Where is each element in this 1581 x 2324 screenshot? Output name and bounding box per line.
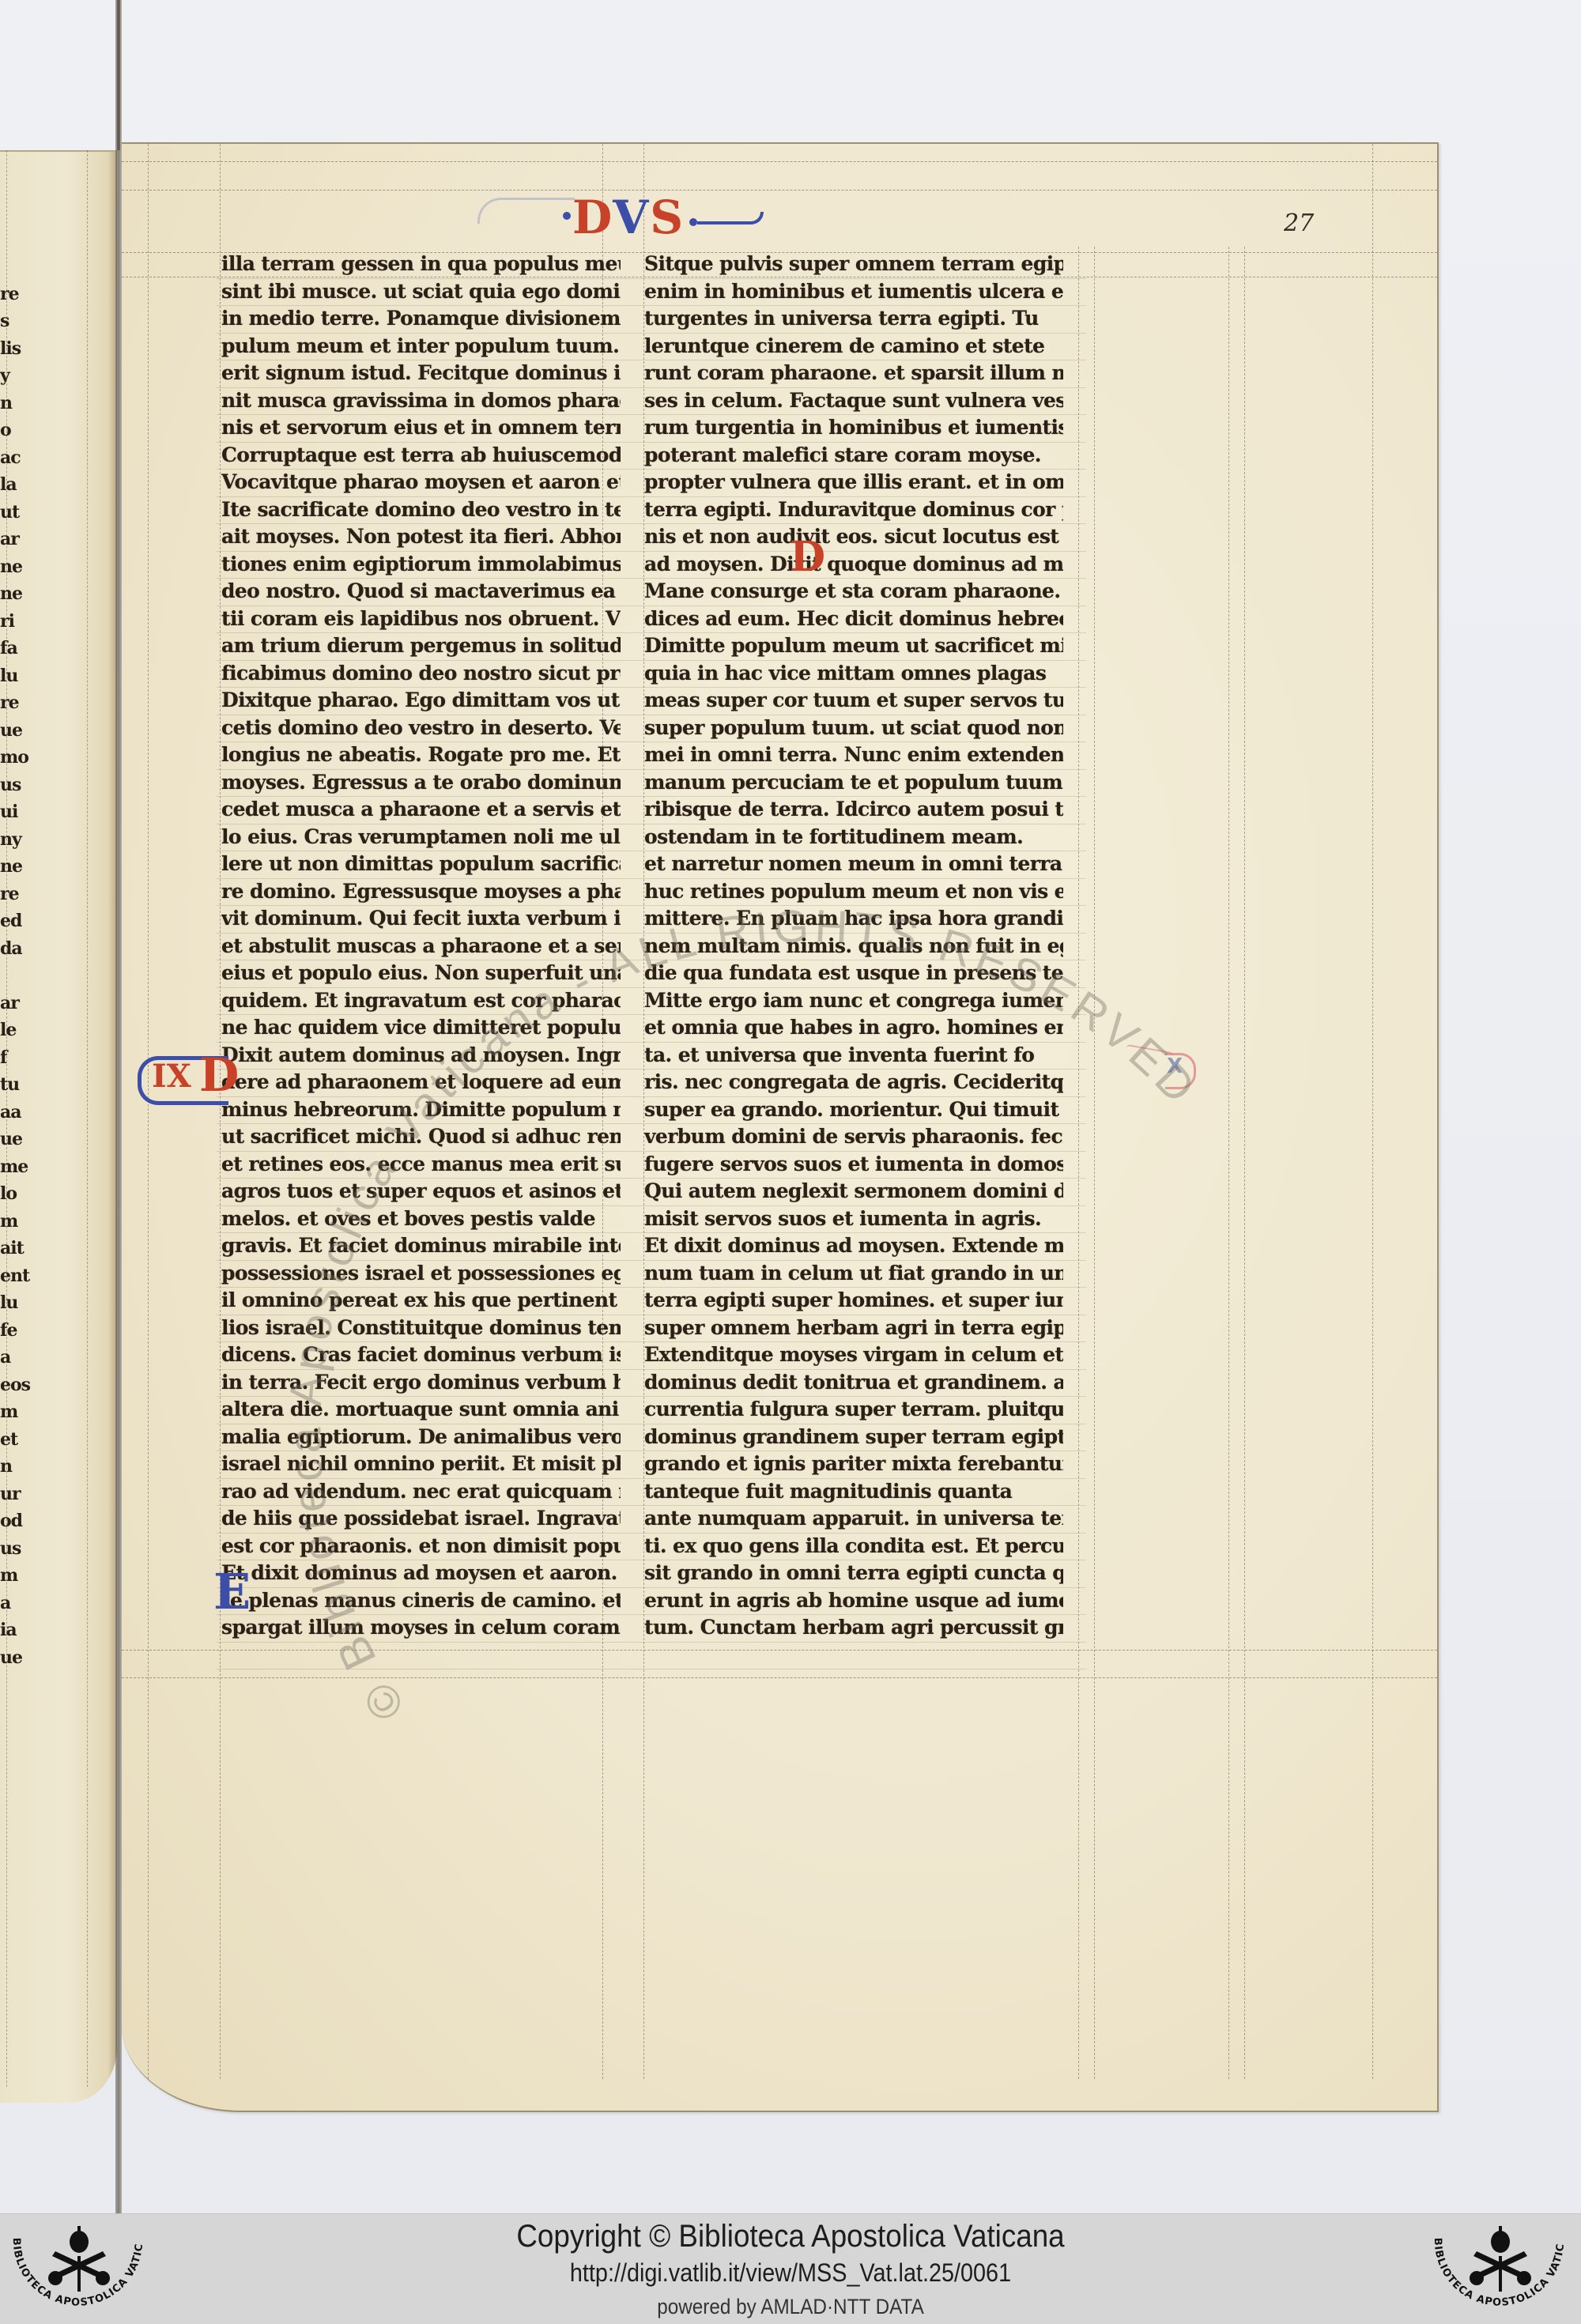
text-line: tum. Cunctam herbam agri percussit grand… [644, 1614, 1063, 1642]
text-line: altera die. mortuaque sunt omnia ani [221, 1396, 621, 1424]
text-line: dicens. Cras faciet dominus verbum istud [221, 1341, 621, 1369]
text-fragment: n [0, 1453, 36, 1481]
text-line: israel nichil omnino periit. Et misit ph… [221, 1451, 621, 1478]
text-line: terra egipti super homines. et super ium… [644, 1287, 1063, 1315]
text-fragment: ri [0, 608, 36, 636]
text-line: ses in celum. Factaque sunt vulnera vesi… [644, 387, 1063, 415]
text-line: terra egipti. Induravitque dominus cor p… [644, 496, 1063, 524]
text-fragment: ait [0, 1235, 36, 1262]
text-line: propter vulnera que illis erant. et in o… [644, 469, 1063, 496]
ruling-line [122, 161, 1437, 162]
text-line: rao ad videndum. nec erat quicquam mortu… [221, 1478, 621, 1506]
text-line: Ite sacrificate domino deo vestro in ter… [221, 496, 621, 524]
text-line: leruntque cinerem de camino et stete [644, 333, 1063, 360]
text-line: malia egiptiorum. De animalibus vero fil… [221, 1424, 621, 1451]
text-fragment: ed [0, 907, 36, 935]
text-line: et retines eos. ecce manus mea erit supe… [221, 1151, 621, 1179]
text-line: erunt in agris ab homine usque ad iumen [644, 1587, 1063, 1615]
text-line: dere ad pharaonem et loquere ad eum. Hec… [221, 1069, 621, 1096]
flourish-dot [563, 212, 571, 220]
text-line: ne hac quidem vice dimitteret populum. [221, 1014, 621, 1042]
text-fragment: mo [0, 744, 36, 772]
text-line: vit dominum. Qui fecit iuxta verbum illi… [221, 905, 621, 933]
text-fragment: ue [0, 1644, 36, 1672]
text-line: Dimitte populum meum ut sacrificet michi… [644, 632, 1063, 660]
text-line: re domino. Egressusque moyses a pharaone… [221, 878, 621, 906]
ruling-line [1094, 247, 1095, 2079]
text-line: nis et non audivit eos. sicut locutus es… [644, 523, 1063, 551]
left-page-text-fragments: reslisynoaclautarnenerifalureuemousuinyn… [0, 253, 36, 1671]
text-fragment: re [0, 281, 36, 308]
text-line: dominus grandinem super terram egipti. e… [644, 1424, 1063, 1451]
text-fragment: o [0, 417, 36, 444]
text-line: Mitte ergo iam nunc et congrega iumenta … [644, 987, 1063, 1015]
text-line: ante numquam apparuit. in universa terra… [644, 1505, 1063, 1533]
text-line: num tuam in celum ut fiat grando in univ… [644, 1260, 1063, 1288]
text-fragment: ar [0, 990, 36, 1017]
text-line: turgentes in universa terra egipti. Tu [644, 305, 1063, 333]
text-line: huc retines populum meum et non vis eum … [644, 878, 1063, 906]
left-page-strip: reslisynoaclautarnenerifalureuemousuinyn… [0, 150, 117, 2103]
text-fragment: od [0, 1507, 36, 1535]
text-fragment: n [0, 390, 36, 417]
text-line: Et dixit dominus ad moysen et aaron. Tol… [221, 1560, 621, 1587]
text-line: moyses. Egressus a te orabo dominum et r… [221, 769, 621, 797]
text-fragment: us [0, 1535, 36, 1563]
source-url[interactable]: http://digi.vatlib.it/view/MSS_Vat.lat.2… [79, 2258, 1502, 2288]
text-line: gravis. Et faciet dominus mirabile inter [221, 1232, 621, 1260]
text-fragment: re [0, 881, 36, 908]
text-fragment: ur [0, 1481, 36, 1508]
text-line: Sitque pulvis super omnem terram egipti.… [644, 251, 1063, 278]
text-line: cetis domino deo vestro in deserto. Veru… [221, 715, 621, 742]
text-line: erit signum istud. Fecitque dominus ita.… [221, 360, 621, 387]
text-line: lo eius. Cras verumptamen noli me ultra … [221, 824, 621, 851]
text-line: meas super cor tuum et super servos tuos… [644, 687, 1063, 715]
text-fragment: ac [0, 444, 36, 472]
text-fragment: m [0, 1562, 36, 1590]
text-line: melos. et oves et boves pestis valde [221, 1205, 621, 1233]
text-line: sit grando in omni terra egipti cuncta q… [644, 1560, 1063, 1587]
text-line: ti. ex quo gens illa condita est. Et per… [644, 1533, 1063, 1560]
text-fragment: a [0, 1590, 36, 1617]
text-fragment: et [0, 1426, 36, 1454]
flourish-dot [689, 218, 697, 226]
text-fragment: fe [0, 1317, 36, 1345]
text-line: Dixit autem dominus ad moysen. Ingre [221, 1042, 621, 1070]
manuscript-page: DVS 27 illa terram gessen in qua populus… [122, 142, 1439, 2112]
text-fragment: a [0, 1344, 36, 1371]
vatican-library-logo: BIBLIOTECA APOSTOLICA VATICANA [1425, 2220, 1575, 2323]
copyright-text: Copyright © Biblioteca Apostolica Vatica… [63, 2219, 1518, 2254]
text-line: tiones enim egiptiorum immolabimus domin… [221, 551, 621, 579]
text-line: super ea grando. morientur. Qui timuit [644, 1096, 1063, 1124]
text-line: illa terram gessen in qua populus meus e… [221, 251, 621, 278]
text-line: deo nostro. Quod si mactaverimus ea que … [221, 578, 621, 606]
text-line: et abstulit muscas a pharaone et a servi… [221, 933, 621, 960]
ruling-line [1078, 247, 1079, 2079]
text-line: sint ibi musce. ut sciat quia ego dominu… [221, 278, 621, 306]
text-line: dominus dedit tonitrua et grandinem. ac … [644, 1369, 1063, 1397]
running-title-letters: DVS [572, 190, 685, 245]
text-line: in medio terre. Ponamque divisionem inte… [221, 305, 621, 333]
text-line: cedet musca a pharaone et a servis et a … [221, 796, 621, 824]
text-line: dices ad eum. Hec dicit dominus hebreoru… [644, 606, 1063, 633]
text-fragment: ui [0, 798, 36, 826]
text-line: quia in hac vice mittam omnes plagas [644, 660, 1063, 688]
text-line: fugere servos suos et iumenta in domos. [644, 1151, 1063, 1179]
text-line: nis et servorum eius et in omnem terram … [221, 414, 621, 442]
text-fragment: ue [0, 717, 36, 745]
text-line: ait moyses. Non potest ita fieri. Abhomi… [221, 523, 621, 551]
text-line: verbum domini de servis pharaonis. fecit… [644, 1123, 1063, 1151]
ruling-line [122, 190, 1437, 191]
text-line: misit servos suos et iumenta in agris. [644, 1205, 1063, 1233]
text-line: manum percuciam te et populum tuum peste… [644, 769, 1063, 797]
text-line: Et dixit dominus ad moysen. Extende ma [644, 1232, 1063, 1260]
text-fragment: aa [0, 1099, 36, 1126]
ruling-line [87, 150, 88, 2087]
text-line: lios israel. Constituitque dominus tempu… [221, 1315, 621, 1342]
ruling-line [220, 144, 221, 2079]
text-line: ribisque de terra. Idcirco autem posui t… [644, 796, 1063, 824]
text-line: enim in hominibus et iumentis ulcera et … [644, 278, 1063, 306]
image-viewer: reslisynoaclautarnenerifalureuemousuinyn… [0, 0, 1581, 2213]
ruling-line [1372, 144, 1373, 2079]
text-fragment: re [0, 689, 36, 717]
text-fragment: lis [0, 335, 36, 363]
text-line: poterant malefici stare coram moyse. [644, 442, 1063, 470]
powered-by-text: powered by AMLAD·NTT DATA [79, 2295, 1502, 2319]
text-fragment: y [0, 362, 36, 390]
text-line: in terra. Fecit ergo dominus verbum hoc [221, 1369, 621, 1397]
text-line: super omnem herbam agri in terra egipti. [644, 1315, 1063, 1342]
text-line: runt coram pharaone. et sparsit illum mo… [644, 360, 1063, 387]
text-line: quidem. Et ingravatum est cor pharaonis … [221, 987, 621, 1015]
text-line: possessiones israel et possessiones egip… [221, 1260, 621, 1288]
text-line: die qua fundata est usque in presens tem… [644, 960, 1063, 987]
text-fragment: ue [0, 1126, 36, 1153]
text-line: et omnia que habes in agro. homines enim… [644, 1014, 1063, 1042]
text-line: ad moysen. Dixit quoque dominus ad moyse… [644, 551, 1063, 579]
folio-number: 27 [1284, 209, 1314, 237]
text-line: super populum tuum. ut sciat quod non si… [644, 715, 1063, 742]
text-fragment: m [0, 1208, 36, 1236]
text-line: agros tuos et super equos et asinos et c… [221, 1178, 621, 1205]
text-line: mei in omni terra. Nunc enim extendens [644, 741, 1063, 769]
text-line: minus hebreorum. Dimitte populum meum [221, 1096, 621, 1124]
text-fragment: la [0, 471, 36, 499]
text-line: Vocavitque pharao moysen et aaron et ait… [221, 469, 621, 496]
decorated-initial: D [199, 1051, 239, 1099]
text-fragment: ut [0, 499, 36, 526]
ruling-line [217, 1642, 1086, 1643]
text-column-right: Sitque pulvis super omnem terram egipti.… [644, 251, 1063, 1642]
marginal-chapter-guide: X [1149, 1053, 1197, 1085]
text-line: Qui autem neglexit sermonem domini di [644, 1178, 1063, 1205]
ruling-line [1244, 247, 1245, 2079]
text-line: Extenditque moyses virgam in celum et [644, 1341, 1063, 1369]
text-line: ta. et universa que inventa fuerint fo [644, 1042, 1063, 1070]
text-line: ris. nec congregata de agris. Cecideritq… [644, 1069, 1063, 1096]
text-fragment: ne [0, 553, 36, 581]
text-line: mittere. En pluam hac ipsa hora grandi [644, 905, 1063, 933]
decorated-initial-red: D [790, 538, 825, 577]
text-fragment: s [0, 307, 36, 335]
text-fragment: lu [0, 1289, 36, 1317]
text-fragment: da [0, 935, 36, 963]
text-line: ostendam in te fortitudinem meam. [644, 824, 1063, 851]
text-line: et narretur nomen meum in omni terra. Ad [644, 851, 1063, 878]
papal-keys-icon [1470, 2226, 1531, 2292]
text-line: grando et ignis pariter mixta ferebantur… [644, 1451, 1063, 1478]
text-line: ut sacrificet michi. Quod si adhuc renui… [221, 1123, 621, 1151]
text-fragment: lo [0, 1180, 36, 1208]
decorated-initial-blue: E [213, 1564, 251, 1620]
text-line: de hiis que possidebat israel. Ingravatu… [221, 1505, 621, 1533]
text-fragment: ar [0, 526, 36, 553]
ruling-line [122, 1650, 1437, 1651]
text-line: Corruptaque est terra ab huiuscemodi mus… [221, 442, 621, 470]
text-fragment: lu [0, 662, 36, 690]
text-fragment: ne [0, 853, 36, 881]
gutter [115, 0, 122, 2213]
text-column-left: illa terram gessen in qua populus meus e… [221, 251, 621, 1642]
text-line: il omnino pereat ex his que pertinent ad… [221, 1287, 621, 1315]
text-fragment: le [0, 1017, 36, 1044]
text-line: ficabimus domino deo nostro sicut precep… [221, 660, 621, 688]
text-line: eius et populo eius. Non superfuit una [221, 960, 621, 987]
text-fragment: fa [0, 635, 36, 662]
text-line: nit musca gravissima in domos pharao [221, 387, 621, 415]
text-fragment: tu [0, 1071, 36, 1099]
flourish-decoration [477, 198, 575, 224]
text-fragment: me [0, 1153, 36, 1181]
ruling-line [148, 144, 149, 2079]
chapter-marker: IX D [138, 1053, 232, 1100]
flourish-decoration [697, 212, 764, 224]
text-line: am trium dierum pergemus in solitudinem … [221, 632, 621, 660]
text-fragment: ne [0, 580, 36, 608]
text-line: lere ut non dimittas populum sacrifica [221, 851, 621, 878]
text-fragment: ia [0, 1617, 36, 1644]
ruling-line [1228, 247, 1229, 2079]
text-line: pulum meum et inter populum tuum. Cras e… [221, 333, 621, 360]
ruling-line [217, 1669, 1086, 1669]
text-line: est cor pharaonis. et non dimisit populu… [221, 1533, 621, 1560]
running-title: DVS [564, 190, 770, 245]
text-fragment [0, 253, 36, 281]
text-line: Dixitque pharao. Ego dimittam vos ut sac… [221, 687, 621, 715]
text-line: Mane consurge et sta coram pharaone. et [644, 578, 1063, 606]
text-fragment: ny [0, 826, 36, 854]
ruling-line [122, 1677, 1437, 1678]
text-line: tii coram eis lapidibus nos obruent. Vi [221, 606, 621, 633]
text-fragment: ent [0, 1262, 36, 1290]
text-line: spargat illum moyses in celum coram phar… [221, 1614, 621, 1642]
text-line: nem multam nimis. qualis non fuit in egi… [644, 933, 1063, 960]
text-line: currentia fulgura super terram. pluitque [644, 1396, 1063, 1424]
text-line: te plenas manus cineris de camino. et [221, 1587, 621, 1615]
text-fragment: eos [0, 1371, 36, 1399]
text-fragment: f [0, 1044, 36, 1072]
text-fragment: m [0, 1398, 36, 1426]
footer-bar: BIBLIOTECA APOSTOLICA VATICANA Copyright… [0, 2213, 1581, 2324]
text-line: rum turgentia in hominibus et iumentis. … [644, 414, 1063, 442]
chapter-number: IX [152, 1056, 191, 1097]
text-line: longius ne abeatis. Rogate pro me. Et ai… [221, 741, 621, 769]
text-line: tanteque fuit magnitudinis quanta [644, 1478, 1063, 1506]
text-fragment: us [0, 772, 36, 799]
text-fragment [0, 962, 36, 990]
